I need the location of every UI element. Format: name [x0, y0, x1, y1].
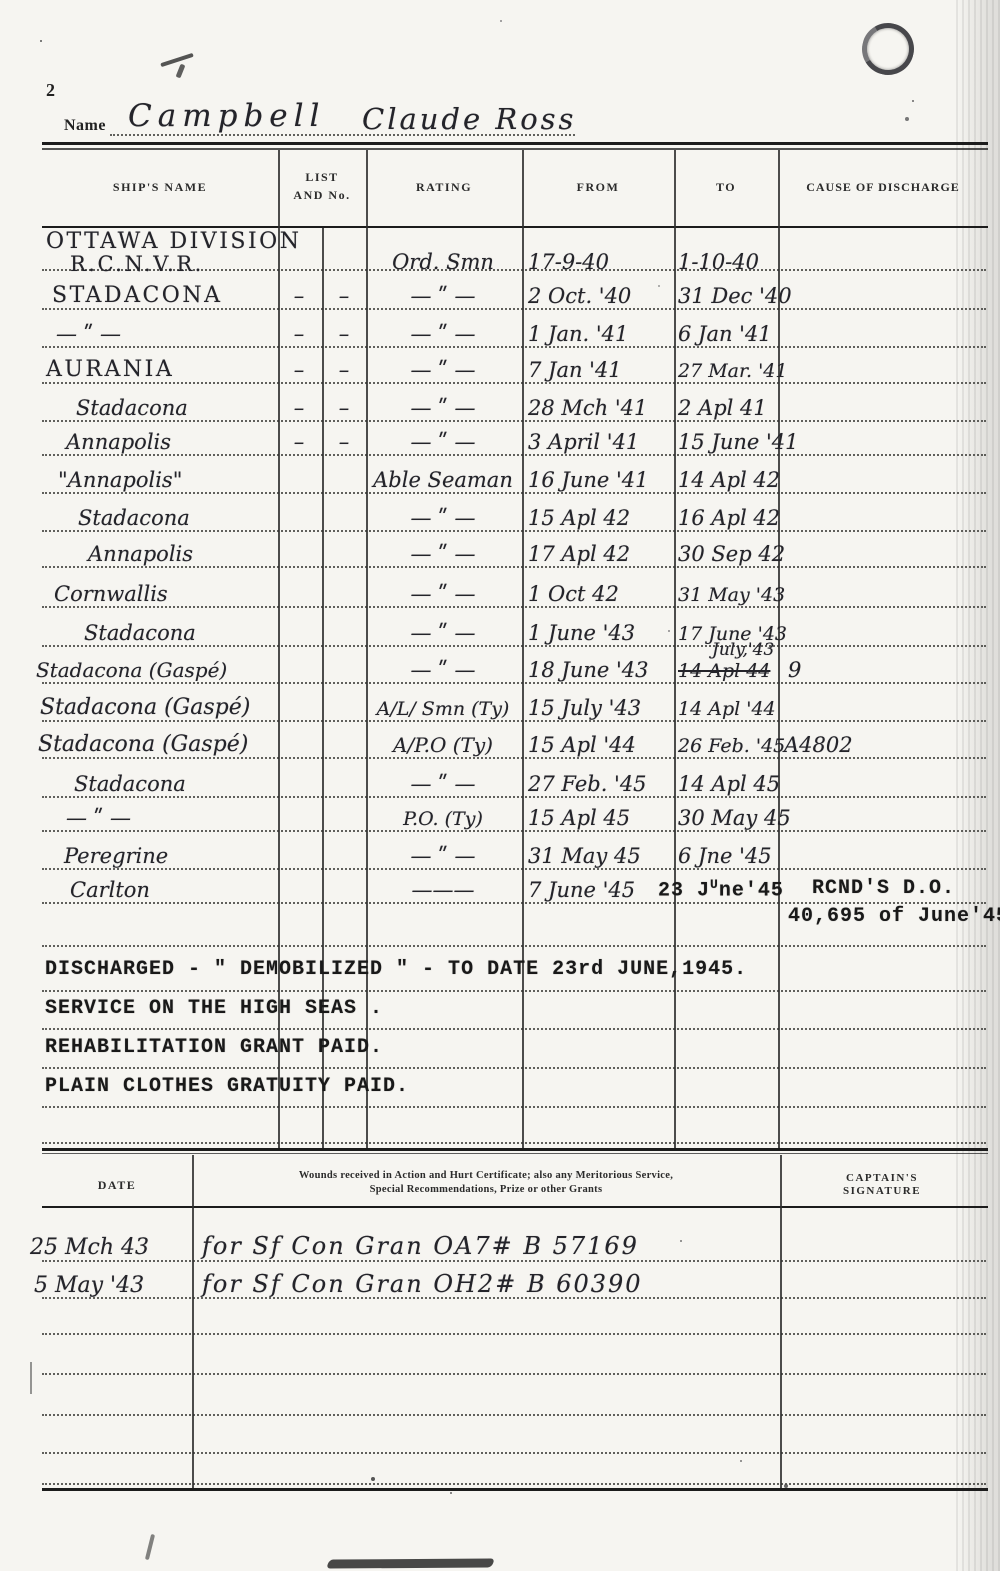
- rule-line: [42, 1488, 988, 1491]
- plain-clothes-statement: PLAIN CLOTHES GRATUITY PAID.: [45, 1075, 409, 1098]
- rating: Able Seaman: [368, 468, 518, 492]
- dotted-rule: [42, 1028, 986, 1030]
- to-date: 6 Jan '41: [678, 322, 778, 346]
- to-date: 30 Sep 42: [678, 542, 778, 566]
- from-date: 15 Apl '44: [528, 733, 670, 757]
- dotted-rule: [42, 990, 986, 992]
- to-date-correction: July,'43: [712, 640, 812, 660]
- ship-name: — ʺ —: [56, 322, 284, 346]
- rating: — ʺ —: [368, 542, 518, 566]
- list-mark: –: [280, 430, 318, 454]
- rating: Ord. Smn: [368, 250, 518, 274]
- high-seas-statement: SERVICE ON THE HIGH SEAS .: [45, 997, 383, 1020]
- column-line: [780, 1155, 782, 1488]
- table-row: AURANIA – – — ʺ — 7 Jan '41 27 Mar. '41: [0, 348, 1000, 384]
- ship-name: Annapolis: [88, 542, 316, 566]
- table-row: — ʺ — P.O. (Ty) 15 Apl 45 30 May 45: [0, 796, 1000, 832]
- awards-header-notes-line1: Wounds received in Action and Hurt Certi…: [196, 1170, 776, 1181]
- ship-name: Annapolis: [66, 430, 294, 454]
- award-date: 25 Mch 43: [30, 1235, 149, 1260]
- from-date: 17-9-40: [528, 250, 670, 274]
- table-row: Stadacona (Gaspé) — ʺ — 18 June '43 July…: [0, 648, 1000, 684]
- name-label: Name: [64, 117, 106, 135]
- to-date: 26 Feb. '45: [678, 735, 778, 757]
- to-date: 2 Apl 41: [678, 396, 778, 420]
- dotted-rule: [42, 1373, 986, 1375]
- scanned-service-record-page: { "page": { "number": "2", "name_label":…: [0, 0, 1000, 1571]
- award-note: for Sf Con Gran OA7# B 57169: [202, 1232, 639, 1260]
- from-date: 1 Jan. '41: [528, 322, 670, 346]
- from-date: 15 Apl 42: [528, 506, 670, 530]
- awards-row: 5 May '43 for Sf Con Gran OH2# B 60390: [0, 1264, 1000, 1300]
- cause-of-discharge-typed-line2: 40,695 of June'45: [788, 905, 1000, 928]
- table-row: Cornwallis — ʺ — 1 Oct 42 31 May '43: [0, 572, 1000, 608]
- no-mark: –: [324, 396, 364, 420]
- ship-name: Stadacona (Gaspé): [36, 658, 264, 682]
- ship-name: — ʺ —: [66, 806, 294, 830]
- list-mark: –: [280, 396, 318, 420]
- ink-smudge: [326, 1558, 495, 1568]
- header-from: FROM: [522, 180, 674, 195]
- from-date: 15 Apl 45: [528, 806, 670, 830]
- to-date: 14 Apl '44: [678, 698, 778, 720]
- ship-name: Stadacona: [84, 621, 312, 645]
- awards-header-captain-line1: CAPTAIN'S: [782, 1172, 982, 1184]
- dotted-rule: [42, 1414, 986, 1416]
- from-date: 1 June '43: [528, 621, 670, 645]
- from-date: 18 June '43: [528, 658, 670, 682]
- table-row: "Annapolis" Able Seaman 16 June '41 14 A…: [0, 458, 1000, 494]
- to-date: 1-10-40: [678, 250, 778, 274]
- rating: — ʺ —: [368, 844, 518, 868]
- rating: — ʺ —: [368, 658, 518, 682]
- discharged-statement: DISCHARGED - " DEMOBILIZED " - TO DATE 2…: [45, 958, 747, 981]
- cause-mark: 9: [788, 658, 988, 682]
- ship-name: Stadacona: [76, 396, 304, 420]
- table-row: STADACONA – – — ʺ — 2 Oct. '40 31 Dec '4…: [0, 274, 1000, 310]
- name-underline: [110, 134, 575, 136]
- table-row: Annapolis – – — ʺ — 3 April '41 15 June …: [0, 420, 1000, 456]
- ship-name: OTTAWA DIVISION: [46, 229, 274, 254]
- rule-line: [42, 148, 988, 150]
- header-to: TO: [674, 180, 778, 195]
- rating: — ʺ —: [368, 582, 518, 606]
- from-date: 7 Jan '41: [528, 358, 670, 382]
- no-mark: –: [324, 322, 364, 346]
- award-note: for Sf Con Gran OH2# B 60390: [202, 1270, 643, 1298]
- from-date: 15 July '43: [528, 696, 670, 720]
- dotted-rule: [42, 1106, 986, 1108]
- from-date: 2 Oct. '40: [528, 284, 670, 308]
- rating: — ʺ —: [368, 772, 518, 796]
- dotted-rule: [42, 1142, 986, 1144]
- rating: A/P.O (Ty): [368, 733, 518, 757]
- dotted-rule: [42, 1452, 986, 1454]
- to-date: 27 Mar. '41: [678, 360, 778, 382]
- ship-name: Stadacona: [78, 506, 306, 530]
- no-mark: –: [324, 358, 364, 382]
- awards-row: 25 Mch 43 for Sf Con Gran OA7# B 57169: [0, 1226, 1000, 1262]
- ship-name: Stadacona (Gaspé): [38, 732, 266, 757]
- cause-code: A4802: [784, 733, 984, 757]
- ship-name: Stadacona (Gaspé): [40, 695, 268, 720]
- ink-scribble: [160, 53, 194, 67]
- awards-header-notes-line2: Special Recommendations, Prize or other …: [196, 1184, 776, 1195]
- awards-header-date: DATE: [42, 1178, 192, 1193]
- table-row: Stadacona (Gaspé) A/L/ Smn (Ty) 15 July …: [0, 686, 1000, 722]
- to-date-typed: 23 JUne'45: [658, 877, 784, 903]
- rating: — ʺ —: [368, 621, 518, 645]
- list-mark: –: [280, 322, 318, 346]
- from-date: 17 Apl 42: [528, 542, 670, 566]
- name-given: Claude Ross: [362, 102, 576, 136]
- dotted-rule: [42, 1483, 986, 1485]
- to-date-struck: 14 Apl 44: [678, 660, 778, 682]
- cause-of-discharge-typed: RCND'S D.O.: [812, 877, 955, 900]
- ink-mark: [30, 1362, 32, 1394]
- ink-mark: [145, 1534, 155, 1560]
- table-row: Stadacona — ʺ — 1 June '43 17 June '43: [0, 611, 1000, 647]
- header-ships-name: SHIP'S NAME: [42, 180, 278, 195]
- table-row: Annapolis — ʺ — 17 Apl 42 30 Sep 42: [0, 532, 1000, 568]
- table-row: Stadacona — ʺ — 27 Feb. '45 14 Apl 45: [0, 762, 1000, 798]
- rating: A/L/ Smn (Ty): [368, 698, 518, 720]
- rating: — ʺ —: [368, 358, 518, 382]
- table-row: OTTAWA DIVISION R.C.N.V.R. Ord. Smn 17-9…: [0, 224, 1000, 276]
- table-row: Stadacona – – — ʺ — 28 Mch '41 2 Apl 41: [0, 386, 1000, 422]
- from-date: 3 April '41: [528, 430, 670, 454]
- list-mark: –: [280, 284, 318, 308]
- name-surname: Campbell: [128, 98, 325, 134]
- awards-header-captain-line2: SIGNATURE: [782, 1185, 982, 1197]
- dotted-rule: [42, 1333, 986, 1335]
- list-mark: –: [280, 358, 318, 382]
- no-mark: –: [324, 284, 364, 308]
- rating: — ʺ —: [368, 396, 518, 420]
- table-row: Peregrine — ʺ — 31 May 45 6 Jne '45: [0, 834, 1000, 870]
- from-date: 7 June '45: [528, 878, 670, 902]
- to-date: 31 May '43: [678, 584, 778, 606]
- from-date: 27 Feb. '45: [528, 772, 670, 796]
- ink-scribble: [176, 64, 186, 79]
- rating: P.O. (Ty): [368, 808, 518, 830]
- award-date: 5 May '43: [34, 1273, 144, 1298]
- rule-line: [42, 1206, 988, 1208]
- dotted-rule: [42, 945, 986, 947]
- to-date: 16 Apl 42: [678, 506, 778, 530]
- header-list: LIST: [278, 170, 366, 185]
- ship-name: AURANIA: [46, 357, 274, 382]
- table-row: — ʺ — – – — ʺ — 1 Jan. '41 6 Jan '41: [0, 312, 1000, 348]
- rating: — ʺ —: [368, 322, 518, 346]
- ship-name: "Annapolis": [58, 468, 286, 492]
- to-date: 31 Dec '40: [678, 284, 778, 308]
- rating: — ʺ —: [368, 506, 518, 530]
- column-line: [192, 1155, 194, 1488]
- header-list-no: AND No.: [278, 188, 366, 203]
- table-row: Stadacona (Gaspé) A/P.O (Ty) 15 Apl '44 …: [0, 723, 1000, 759]
- from-date: 31 May 45: [528, 844, 670, 868]
- header-cause: CAUSE OF DISCHARGE: [778, 180, 988, 195]
- to-date: 6 Jne '45: [678, 844, 778, 868]
- to-date: 30 May 45: [678, 806, 778, 830]
- hole-punch-mark: [856, 17, 919, 80]
- page-number: 2: [46, 80, 55, 101]
- no-mark: –: [324, 430, 364, 454]
- rule-line: [42, 142, 988, 145]
- rating: — ʺ —: [368, 430, 518, 454]
- rule-line: [42, 1153, 988, 1154]
- ship-name-line2: R.C.N.V.R.: [70, 252, 204, 276]
- from-date: 1 Oct 42: [528, 582, 670, 606]
- rule-line: [42, 1148, 988, 1151]
- from-date: 16 June '41: [528, 468, 670, 492]
- ship-name: Stadacona: [74, 772, 302, 796]
- ship-name: Carlton: [70, 878, 298, 902]
- scan-speckle: [40, 40, 42, 42]
- ship-name: STADACONA: [52, 283, 280, 308]
- dotted-rule: [42, 1067, 986, 1069]
- ship-name: Cornwallis: [54, 582, 282, 606]
- rating: — ʺ —: [368, 284, 518, 308]
- to-date: 15 June '41: [678, 430, 778, 454]
- ship-name: Peregrine: [64, 844, 292, 868]
- to-date: 14 Apl 45: [678, 772, 778, 796]
- header-rating: RATING: [366, 180, 522, 195]
- rating: ———: [368, 878, 518, 902]
- to-date: 14 Apl 42: [678, 468, 778, 492]
- from-date: 28 Mch '41: [528, 396, 670, 420]
- rehabilitation-statement: REHABILITATION GRANT PAID.: [45, 1036, 383, 1059]
- table-row: Stadacona — ʺ — 15 Apl 42 16 Apl 42: [0, 496, 1000, 532]
